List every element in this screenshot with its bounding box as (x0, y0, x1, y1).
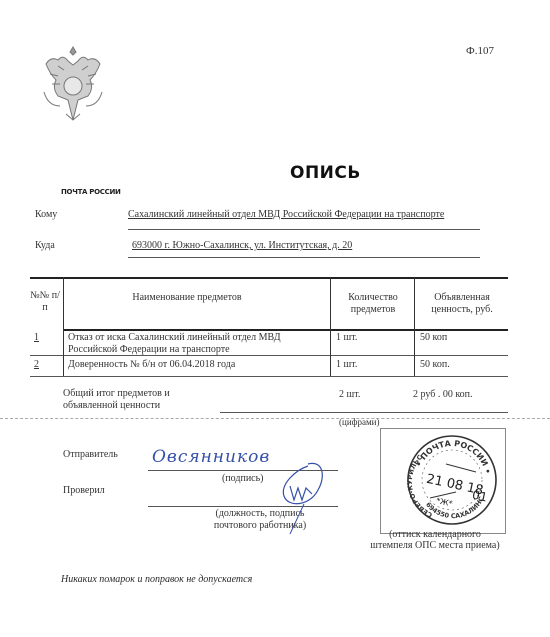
header-qty: Количество предметов (332, 292, 414, 316)
to-label: Кому (35, 209, 57, 221)
fold-line (0, 418, 550, 419)
digits-caption: (цифрами) (339, 416, 379, 428)
brand-logo-text: ПОЧТА РОССИИ (61, 188, 121, 196)
table-col-divider (414, 277, 415, 376)
postmark-stamp: • ПОЧТА РОССИИ • СЕВЕРО-КУРИЛЬСК 694550 … (404, 428, 500, 532)
sender-label: Отправитель (63, 449, 118, 461)
row-2-qty: 1 шт. (336, 359, 357, 371)
row-2-num: 2 (34, 359, 39, 371)
header-num: №№ п/п (30, 290, 60, 314)
total-label: Общий итог предметов и объявленной ценно… (63, 388, 193, 412)
total-value: 2 руб . 00 коп. (413, 389, 473, 401)
footer-note: Никаких помарок и поправок не допускаетс… (61, 574, 252, 585)
header-name: Наименование предметов (64, 292, 310, 304)
total-underline (220, 412, 508, 413)
table-col-divider (330, 277, 331, 376)
row-2-value: 50 коп. (420, 359, 450, 371)
row-1-value: 50 коп (420, 332, 447, 344)
where-underline (128, 257, 480, 258)
table-header-border (64, 329, 508, 331)
table-top-border (30, 277, 508, 279)
sender-signature: Овсянников (152, 447, 270, 467)
checker-signature-scribble (268, 456, 328, 536)
table-bottom-border (30, 376, 508, 377)
row-1-num: 1 (34, 332, 39, 344)
signature-caption: (подпись) (222, 473, 264, 485)
to-underline (128, 229, 480, 230)
checked-label: Проверил (63, 485, 105, 497)
coat-of-arms-icon (36, 42, 111, 127)
to-value: Сахалинский линейный отдел МВД Российско… (128, 209, 444, 221)
where-value: 693000 г. Южно-Сахалинск, ул. Институтск… (132, 240, 352, 252)
document-title: ОПИСЬ (290, 163, 361, 183)
stamp-caption: (оттиск календарного штемпеля ОПС места … (370, 529, 500, 551)
row-2-name: Доверенность № б/н от 06.04.2018 года (68, 359, 326, 371)
header-value: Объявленная ценность, руб. (418, 292, 506, 316)
stamp-number: 01 (471, 488, 489, 505)
where-label: Куда (35, 240, 55, 252)
row-1-name: Отказ от иска Сахалинский линейный отдел… (68, 332, 326, 356)
row-1-qty: 1 шт. (336, 332, 357, 344)
total-qty: 2 шт. (339, 389, 360, 401)
form-number: Ф.107 (466, 45, 494, 57)
